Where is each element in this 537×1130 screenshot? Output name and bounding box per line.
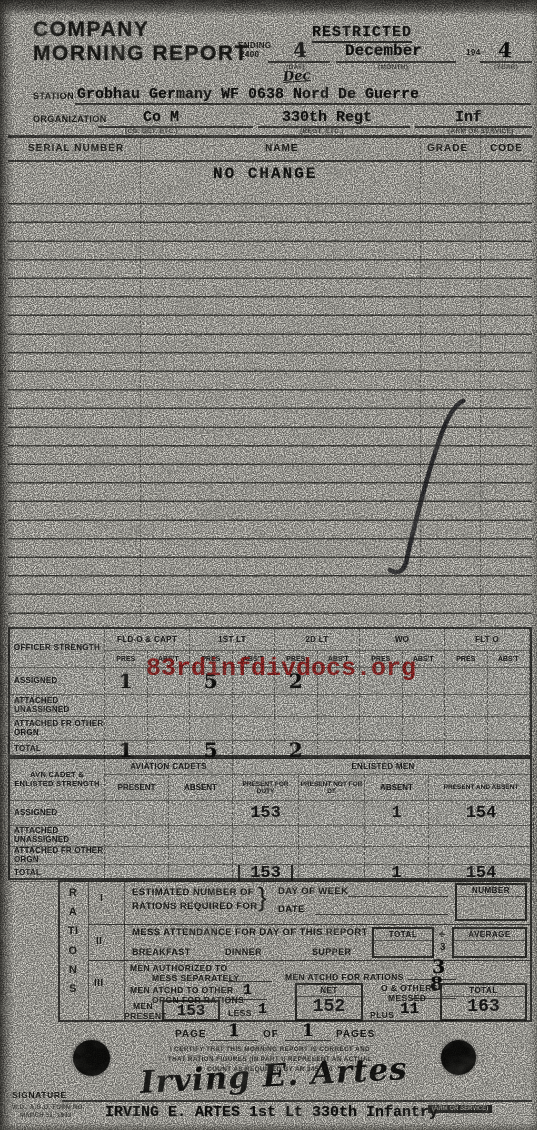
website-watermark: 83rdinfdivdocs.org: [146, 654, 416, 683]
pages-value: 1: [302, 1021, 314, 1041]
enlisted-col-present-not-for-dt: PRESENT NOT FOR DT: [299, 775, 365, 801]
date-label: DATE: [278, 904, 305, 915]
officer-table-title: OFFICER STRENGTH: [10, 629, 105, 668]
roster-col-code: CODE: [490, 143, 523, 154]
rations-col-rule-2: [124, 881, 125, 1021]
pages-label: PAGES: [336, 1029, 375, 1040]
day-handwritten-note: Dec: [283, 68, 311, 85]
station-label: STATION: [33, 91, 74, 101]
net-label: NET: [297, 985, 361, 997]
enlisted-strength-table: AVN CADET & ENLISTED STRENGTH AVIATION C…: [8, 757, 532, 880]
officer-group-fldo-capt: FLD-O & CAPT: [105, 629, 190, 651]
mess-average-box: AVERAGE: [452, 927, 527, 958]
supper-label: SUPPER: [312, 947, 351, 957]
org-company-sublabel: (CO. DET. ETC.): [125, 128, 178, 135]
est-rations-line2: RATIONS REQUIRED FOR: [132, 901, 258, 912]
officer-subcol-pres: PRES: [105, 651, 148, 668]
rations-total-label: TOTAL: [442, 985, 525, 997]
roster-entry: NO CHANGE: [213, 165, 317, 183]
organization-company: Co M: [143, 109, 179, 126]
plus-label: PLUS: [370, 1010, 394, 1020]
men-present-line1: MEN: [133, 1001, 153, 1011]
enlisted-col-absent: ABSENT: [365, 775, 429, 801]
men-authorized-line2: MESS SEPARATELY: [152, 973, 240, 983]
enlisted-col-present-for-duty: PRESENT FOR DUTY: [233, 775, 299, 801]
pen-stroke-mark: [380, 390, 480, 585]
rations-total-box: TOTAL 163: [440, 983, 527, 1021]
mess-average-label: AVERAGE: [454, 929, 525, 941]
month-value: December: [345, 42, 422, 60]
month-sublabel: (MONTH): [378, 64, 408, 71]
station-value: Grobhau Germany WF 0638 Nord De Guerre: [77, 86, 419, 103]
dinner-label: DINNER: [225, 947, 262, 957]
officer-group-1st-lt: 1ST LT: [190, 629, 275, 651]
day-of-week-label: DAY OF WEEK: [278, 886, 348, 897]
enlisted-assigned-absent: 1: [391, 804, 401, 823]
net-value: 152: [313, 997, 345, 1017]
punch-hole-left: [73, 1040, 110, 1076]
rations-vertical-label: RATIONS: [66, 884, 80, 999]
officer-group-wo: WO: [360, 629, 445, 651]
punch-hole-right: [441, 1040, 476, 1075]
rations-row-rule-2: [89, 960, 532, 961]
of-label: OF: [263, 1029, 279, 1040]
page-blank: [210, 1040, 258, 1041]
pages-blank: [285, 1040, 331, 1041]
rations-numeral-3: III: [94, 978, 104, 989]
enlisted-assigned-present-for-duty: 153: [250, 804, 281, 823]
enlisted-assigned-present-and-absent: 154: [466, 804, 497, 823]
men-atchd-other-line1: MEN ATCHD TO OTHER: [130, 985, 233, 995]
breakfast-label: BREAKFAST: [132, 947, 191, 957]
year-sublabel: (YEAR): [494, 64, 518, 71]
officer-assigned-fldo-pres: 1: [119, 669, 133, 693]
enlisted-table-title: AVN CADET & ENLISTED STRENGTH: [10, 759, 105, 801]
roster-col-name: NAME: [265, 143, 298, 154]
signature-label: SIGNATURE: [12, 1090, 67, 1100]
number-box-label: NUMBER: [457, 885, 525, 897]
rations-row-rule-1: [89, 924, 532, 925]
organization-label: ORGANIZATION: [33, 114, 107, 124]
morning-report-scan: COMPANY MORNING REPORT RESTRICTED ENDING…: [0, 0, 537, 1130]
cadets-col-absent: ABSENT: [169, 775, 233, 801]
divide-sign: ÷: [439, 929, 445, 941]
rations-numeral-2: II: [96, 936, 102, 947]
typed-signature-name: IRVING E. ARTES 1st Lt 330th Infantry: [105, 1104, 438, 1121]
divide-by-3: 3: [440, 942, 446, 953]
organization-regiment: 330th Regt: [282, 109, 372, 126]
cadets-col-present: PRESENT: [105, 775, 169, 801]
roster-top-rule: [8, 135, 532, 138]
day-of-week-blank: [348, 896, 448, 897]
officer-group-2d-lt: 2D LT: [275, 629, 360, 651]
signature-rule: [62, 1100, 532, 1102]
mess-total-box: TOTAL: [372, 927, 434, 958]
men-authorized-line1: MEN AUTHORIZED TO: [130, 963, 227, 973]
men-present-value: 153: [177, 1002, 206, 1020]
enlisted-row-attached-fr-other-label: ATTACHED FR OTHER ORGN: [10, 847, 105, 865]
form-title-line2: MORNING REPORT: [33, 42, 249, 66]
officer-group-flt-o: FLT O: [445, 629, 530, 651]
officer-row-attached-unassigned-label: ATTACHED UNASSIGNED: [10, 695, 105, 717]
ending-time: 2400: [240, 50, 259, 59]
less-value: 1: [258, 1001, 267, 1018]
org-arm-sublabel: (ARM OR SERVICE): [448, 128, 514, 135]
men-present-box: 153: [162, 1000, 220, 1021]
classification-stamp: RESTRICTED: [312, 24, 412, 43]
rations-numeral-1: I: [100, 893, 103, 904]
month-underline: [336, 61, 456, 63]
enlisted-row-attached-unassigned-label: ATTACHED UNASSIGNED: [10, 826, 105, 847]
enlisted-row-assigned-label: ASSIGNED: [10, 801, 105, 826]
men-atchd-for-rations-label: MEN ATCHD FOR RATIONS: [285, 972, 404, 982]
arm-service-sublabel: (ARM OR SERVICE): [428, 1105, 492, 1113]
form-title-line1: COMPANY: [33, 18, 149, 42]
year-prefix: 194: [466, 48, 481, 57]
officer-subcol-pres: PRES: [445, 651, 488, 668]
form-number-line1: W.D., A.G.O. FORM NO.: [12, 1105, 85, 1111]
roster-col-grade: GRADE: [427, 143, 468, 154]
page-label: PAGE: [175, 1029, 207, 1040]
roster-header-rule: [8, 160, 532, 162]
enlisted-group-enlisted-men: ENLISTED MEN: [233, 759, 534, 775]
rations-col-rule-1: [88, 881, 89, 1021]
plus-value: 11: [400, 1000, 419, 1018]
officer-row-attached-fr-other-label: ATTACHED FR OTHER ORGN: [10, 717, 105, 741]
rations-total-value: 163: [467, 997, 499, 1017]
less-label: LESS: [228, 1008, 252, 1018]
mess-attendance-title: MESS ATTENDANCE FOR DAY OF THIS REPORT: [132, 927, 368, 938]
enlisted-col-present-and-absent: PRESENT AND ABSENT: [429, 775, 534, 801]
roster-col-serial: SERIAL NUMBER: [28, 143, 124, 154]
organization-arm: Inf: [455, 109, 482, 126]
date-blank: [315, 914, 448, 915]
year-value: 4: [498, 38, 513, 62]
est-rations-line1: ESTIMATED NUMBER OF: [132, 887, 254, 898]
mess-total-label: TOTAL: [374, 929, 432, 941]
form-number-line2: MARCH 31, 1943: [20, 1113, 72, 1119]
officer-strength-table: OFFICER STRENGTH FLD-O & CAPT 1ST LT 2D …: [8, 627, 532, 757]
roster-vertical-separator-3: [480, 136, 481, 622]
net-box: NET 152: [295, 983, 363, 1021]
year-underline: [480, 61, 532, 63]
men-present-line2: PRESENT: [124, 1011, 167, 1021]
officer-row-assigned-label: ASSIGNED: [10, 668, 105, 695]
officer-subcol-abst: ABS'T: [488, 651, 531, 668]
station-underline: [75, 103, 531, 105]
enlisted-group-aviation-cadets: AVIATION CADETS: [105, 759, 233, 775]
number-box: NUMBER: [455, 883, 527, 921]
roster-vertical-separator-1: [140, 136, 141, 622]
brace-glyph: }: [258, 882, 267, 913]
ending-label: ENDING: [238, 41, 272, 50]
org-regiment-sublabel: (REGT. ETC.): [300, 128, 344, 135]
men-atchd-other-value: 1: [243, 982, 252, 999]
page-value: 1: [228, 1021, 240, 1041]
day-value: 4: [292, 38, 307, 63]
day-underline: [268, 61, 330, 63]
